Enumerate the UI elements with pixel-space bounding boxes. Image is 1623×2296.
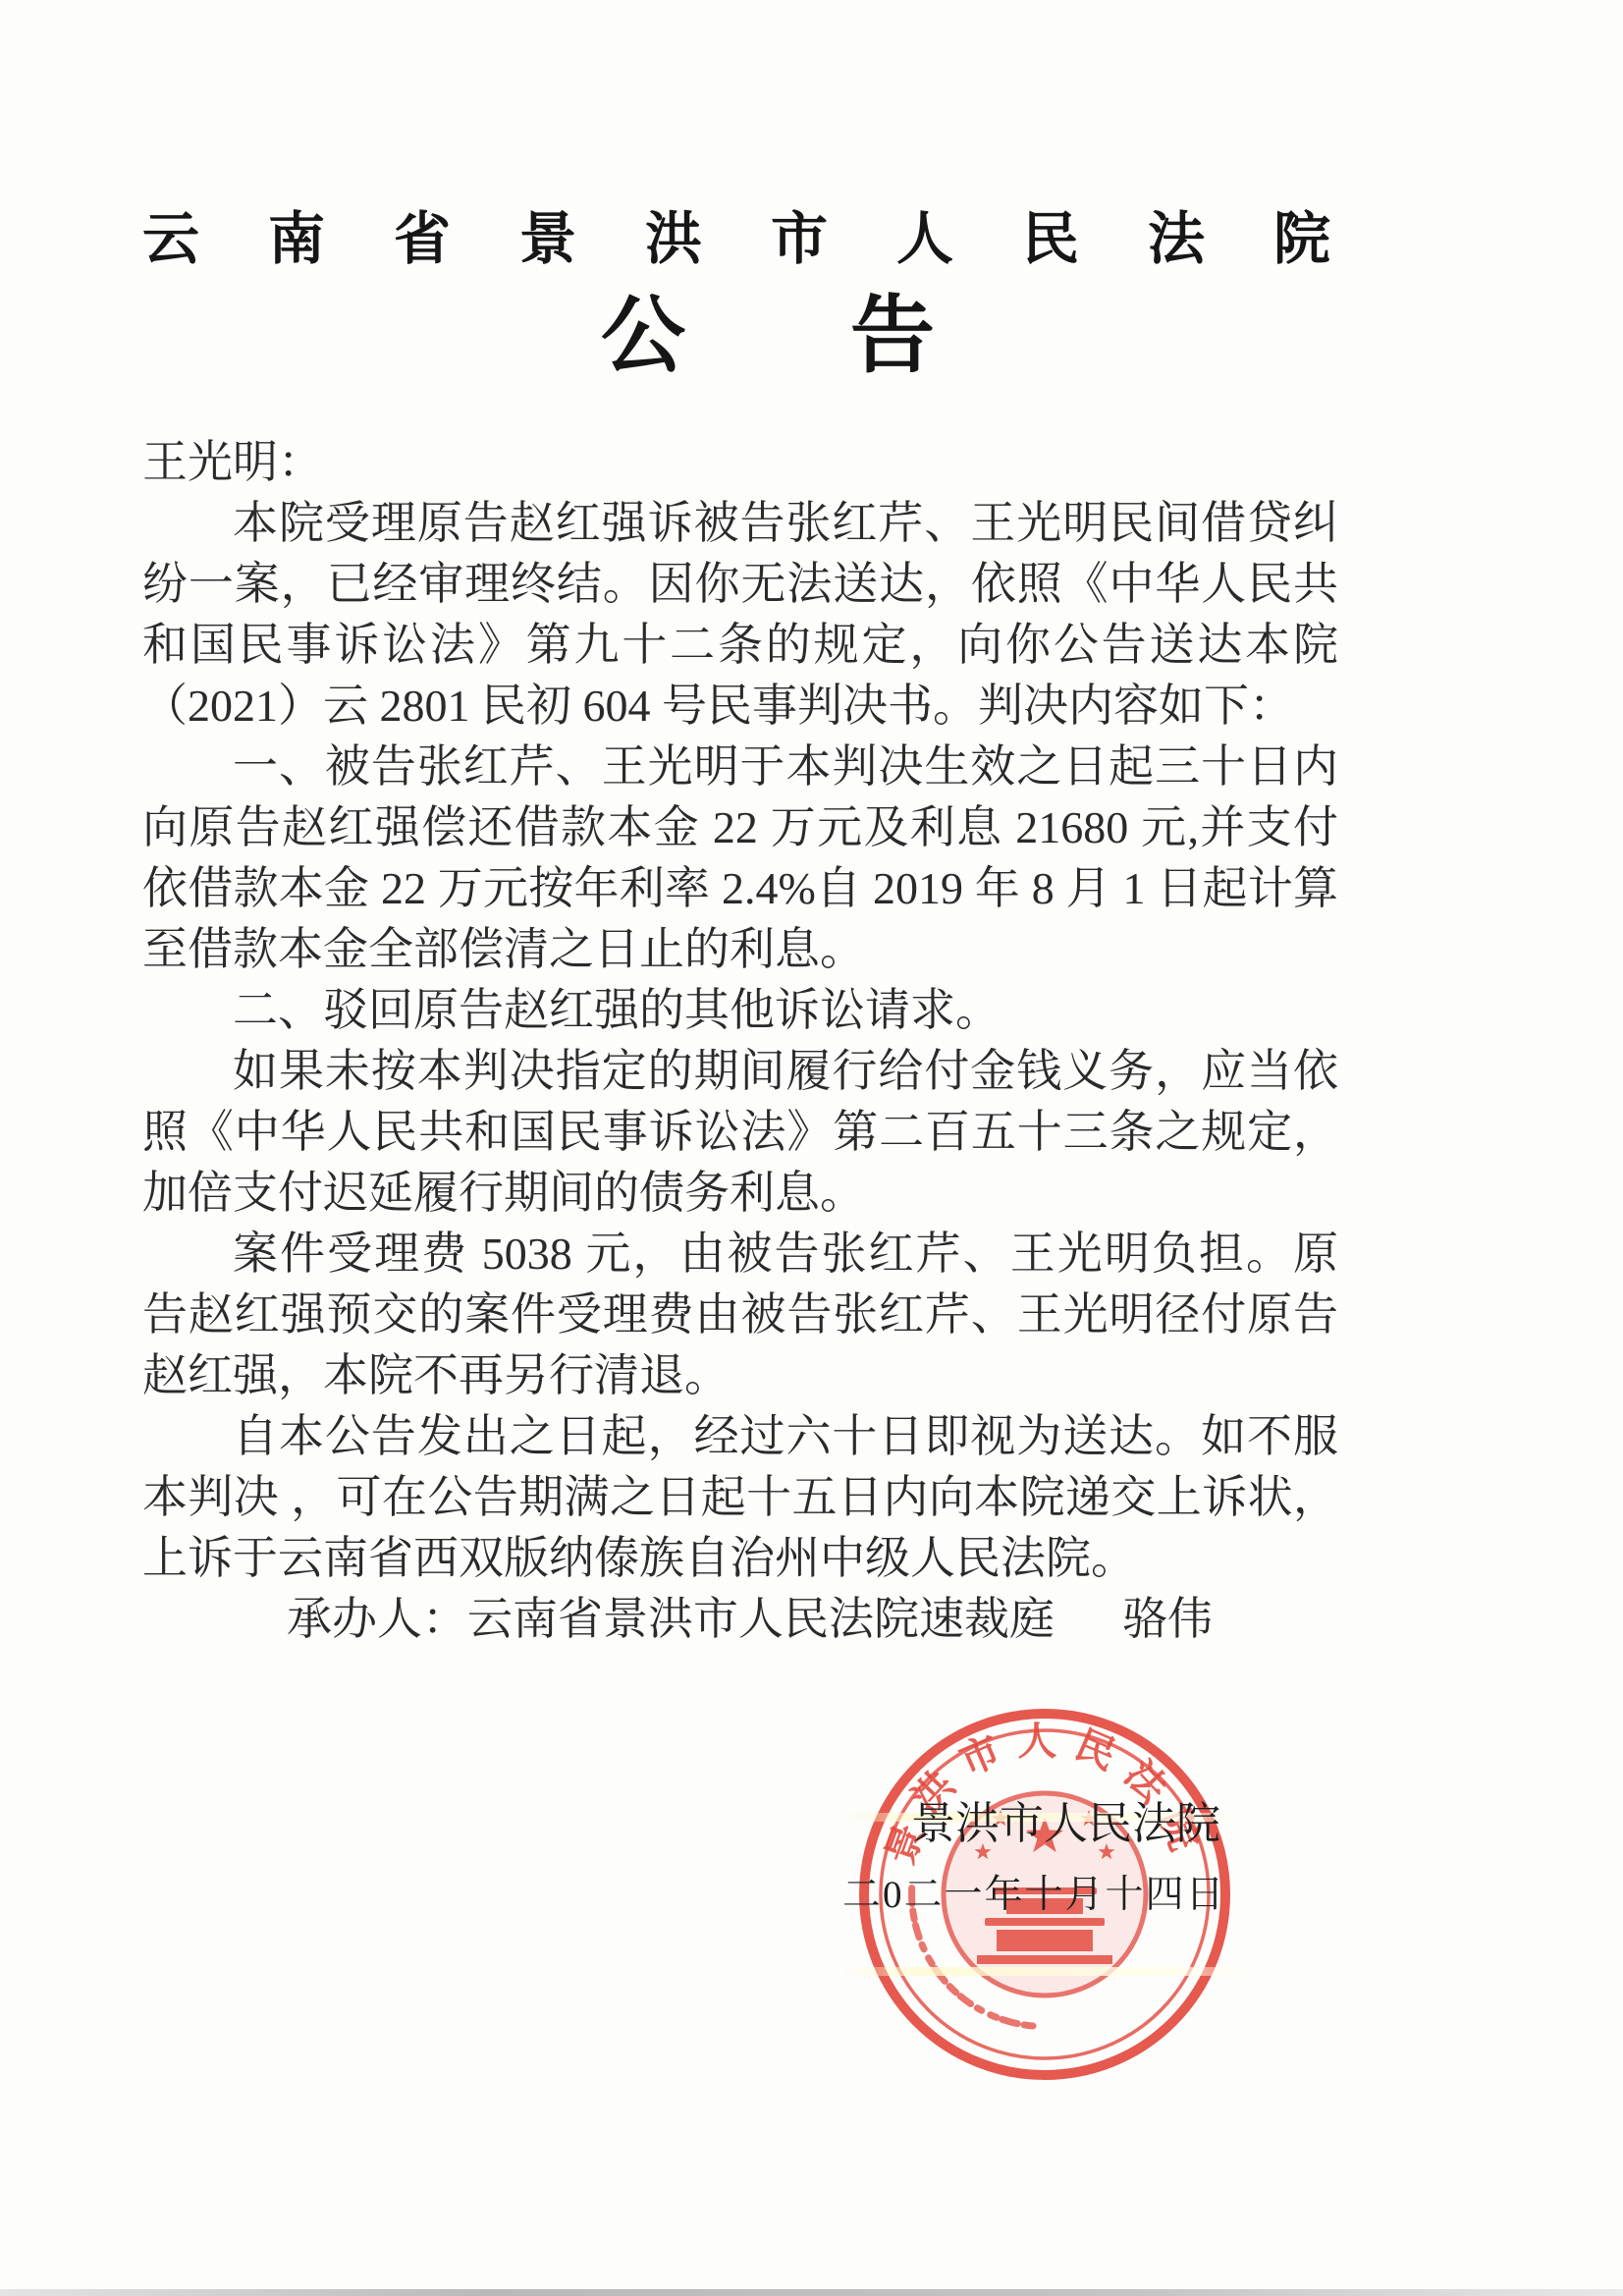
handler-name: 骆伟 bbox=[1122, 1594, 1213, 1644]
recipient-line: 王光明： bbox=[142, 432, 1338, 493]
document-page: 云南省景洪市人民法院 公告 王光明： 本院受理原告赵红强诉被告张红芹、王光明民间… bbox=[0, 0, 1623, 2296]
paragraph-service-appeal: 自本公告发出之日起，经过六十日即视为送达。如不服本判决 ，可在公告期满之日起十五… bbox=[142, 1406, 1338, 1589]
court-title: 云南省景洪市人民法院 bbox=[142, 208, 1399, 271]
doc-type-title: 公告 bbox=[601, 291, 1100, 381]
scan-bottom-edge bbox=[0, 2289, 1623, 2296]
signature-court-name: 景洪市人民法院 bbox=[911, 1787, 1220, 1851]
handler-label: 承办人：云南省景洪市人民法院速裁庭 bbox=[287, 1594, 1055, 1644]
paragraph-judgment-item-1: 一、被告张红芹、王光明于本判决生效之日起三十日内向原告赵红强偿还借款本金 22 … bbox=[142, 737, 1338, 980]
handler-line: 承办人：云南省景洪市人民法院速裁庭骆伟 bbox=[142, 1589, 1338, 1650]
announcement-body: 王光明： 本院受理原告赵红强诉被告张红芹、王光明民间借贷纠纷一案，已经审理终结。… bbox=[142, 432, 1338, 1650]
paragraph-case-summary: 本院受理原告赵红强诉被告张红芹、王光明民间借贷纠纷一案，已经审理终结。因你无法送… bbox=[142, 493, 1338, 737]
paragraph-late-performance: 如果未按本判决指定的期间履行给付金钱义务，应当依照《中华人民共和国民事诉讼法》第… bbox=[142, 1041, 1338, 1224]
paragraph-judgment-item-2: 二、驳回原告赵红强的其他诉讼请求。 bbox=[142, 980, 1338, 1041]
paragraph-court-fees: 案件受理费 5038 元，由被告张红芹、王光明负担。原告赵红强预交的案件受理费由… bbox=[142, 1224, 1338, 1406]
signature-date: 二0二一年十月十四日 bbox=[842, 1864, 1226, 1919]
